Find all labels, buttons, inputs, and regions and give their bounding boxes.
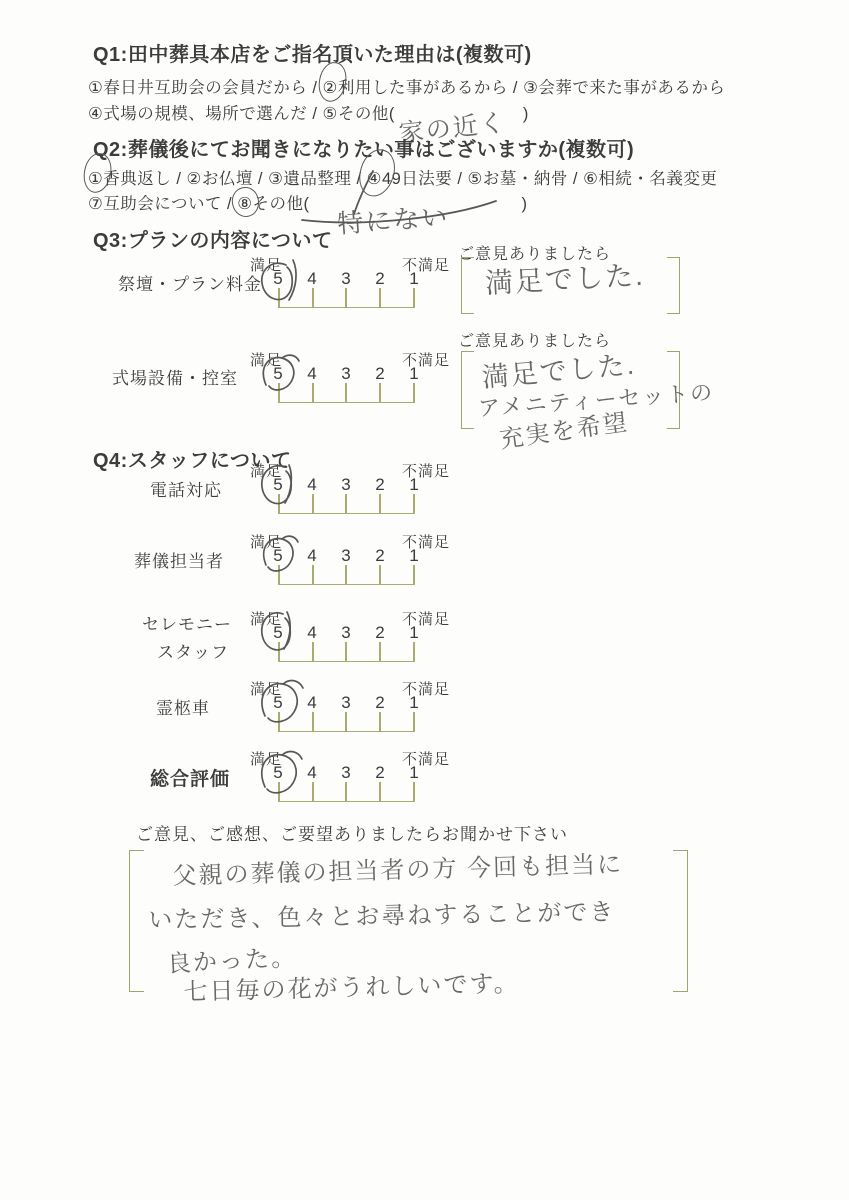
- q1-paren-close: ): [523, 105, 529, 123]
- handwriting-free-comment-line2: いただき、色々とお尋ねすることができ: [148, 892, 616, 935]
- q1-options-line1: ①春日井互助会の会員だから / ②利用した事があるから / ③会葬で来た事がある…: [88, 74, 725, 98]
- scale-value-4: 4: [301, 364, 323, 384]
- handwritten-circle-mark: [256, 353, 302, 403]
- handwritten-stroke: [352, 170, 376, 216]
- q4-row-label-ceremony-1: セレモニー: [142, 610, 232, 635]
- scale-value-3: 3: [335, 693, 357, 713]
- rating-scale-shikijo: 満足 不満足 5 4 3 2 1: [250, 349, 465, 409]
- handwritten-circle-mark: ⑧: [237, 194, 252, 214]
- q3-title: Q3:プランの内容について: [93, 224, 332, 253]
- scale-value-1: 1: [403, 693, 425, 713]
- handwritten-circle-mark: [256, 612, 302, 662]
- handwritten-circle-mark: [256, 464, 302, 514]
- scale-value-3: 3: [335, 364, 357, 384]
- handwriting-comment-saidan: 満足でした.: [484, 254, 646, 302]
- scale-value-2: 2: [369, 364, 391, 384]
- scale-value-1: 1: [403, 546, 425, 566]
- scale-value-4: 4: [301, 546, 323, 566]
- scale-value-2: 2: [369, 475, 391, 495]
- handwritten-circle-mark: [256, 535, 302, 585]
- q2-circled-option-8: ⑧: [237, 195, 252, 213]
- survey-form-scan: Q1:田中葬具本店をご指名頂いた理由は(複数可) ①春日井互助会の会員だから /…: [0, 0, 849, 1200]
- handwritten-circle-mark: [256, 258, 302, 308]
- scale-value-1: 1: [403, 623, 425, 643]
- scale-value-1: 1: [403, 269, 425, 289]
- scale-value-3: 3: [335, 269, 357, 289]
- scale-value-3: 3: [335, 475, 357, 495]
- scale-value-2: 2: [369, 269, 391, 289]
- handwritten-circle-mark: [256, 752, 308, 808]
- q1-circled-option: ②: [323, 79, 338, 97]
- handwriting-free-comment-line1: 父親の葬儀の担当者の方 今回も担当に: [172, 844, 623, 891]
- scale-value-2: 2: [369, 546, 391, 566]
- rating-scale-tanto: 満足 不満足 5 4 3 2 1: [250, 531, 465, 591]
- rating-scale-reikyusha: 満足 不満足 5 4 3 2 1: [250, 678, 465, 738]
- comment-bracket-left: [461, 257, 474, 314]
- q2-option-text: ⑦互助会について /: [88, 195, 237, 213]
- scale-value-4: 4: [301, 269, 323, 289]
- rating-scale-ceremony: 満足 不満足 5 4 3 2 1: [250, 608, 465, 668]
- q3-row-label-saidan: 祭壇・プラン料金: [118, 270, 262, 295]
- q1-options-line2: ④式場の規模、場所で選んだ / ⑤その他(家の近く): [88, 100, 529, 124]
- handwritten-circle-mark: ②: [323, 78, 338, 98]
- rating-scale-saidan: 満足 不満足 5 4 3 2 1: [250, 254, 465, 314]
- q4-row-label-tanto: 葬儀担当者: [134, 547, 224, 572]
- comment-bracket-left: [461, 351, 474, 429]
- q1-option-text: ①春日井互助会の会員だから /: [88, 79, 323, 97]
- scale-value-2: 2: [369, 693, 391, 713]
- scale-value-1: 1: [403, 364, 425, 384]
- free-comment-bracket-right: [673, 850, 688, 992]
- free-comment-header: ご意見、ご感想、ご要望ありましたらお聞かせ下さい: [136, 820, 568, 845]
- handwritten-circle-mark: ①: [88, 169, 103, 189]
- q2-circled-option-1: ①: [88, 170, 103, 188]
- q1-title: Q1:田中葬具本店をご指名頂いた理由は(複数可): [93, 38, 532, 67]
- scale-value-4: 4: [301, 475, 323, 495]
- scale-value-2: 2: [369, 623, 391, 643]
- rating-scale-denwa: 満足 不満足 5 4 3 2 1: [250, 460, 465, 520]
- q4-row-label-reikyusha: 霊柩車: [156, 694, 210, 719]
- q2-option-text: 香典返し / ②お仏壇 / ③遺品整理 /: [103, 170, 366, 188]
- q1-option-text: 利用した事があるから / ③会葬で来た事があるから: [338, 79, 726, 97]
- handwriting-free-comment-line4: 七日毎の花がうれしいです。: [183, 963, 520, 1007]
- q2-options-line1: ①香典返し / ②お仏壇 / ③遺品整理 / ④49日法要 / ⑤お墓・納骨 /…: [88, 165, 717, 189]
- rating-scale-sogo: 満足 不満足 5 4 3 2 1: [250, 748, 465, 808]
- comment-bracket-right: [667, 257, 680, 314]
- q1-option-text: ④式場の規模、場所で選んだ / ⑤その他(: [88, 105, 395, 123]
- scale-value-3: 3: [335, 546, 357, 566]
- scale-value-2: 2: [369, 763, 391, 783]
- scale-value-1: 1: [403, 475, 425, 495]
- q4-row-label-sogo: 総合評価: [150, 764, 230, 791]
- handwritten-circle-mark: [256, 682, 308, 738]
- q4-row-label-denwa: 電話対応: [150, 476, 222, 501]
- q2-title: Q2:葬儀後にてお聞きになりたい事はございますか(複数可): [93, 133, 634, 162]
- q4-row-label-ceremony-2: スタッフ: [157, 638, 229, 663]
- scale-value-3: 3: [335, 623, 357, 643]
- scale-value-1: 1: [403, 763, 425, 783]
- scale-value-3: 3: [335, 763, 357, 783]
- q2-paren-close: ): [522, 195, 528, 213]
- q2-option-text: 49日法要 / ⑤お墓・納骨 / ⑥相続・名義変更: [382, 170, 717, 188]
- q3-row-label-shikijo: 式場設備・控室: [112, 364, 238, 389]
- free-comment-bracket-left: [129, 850, 144, 992]
- scale-value-4: 4: [301, 623, 323, 643]
